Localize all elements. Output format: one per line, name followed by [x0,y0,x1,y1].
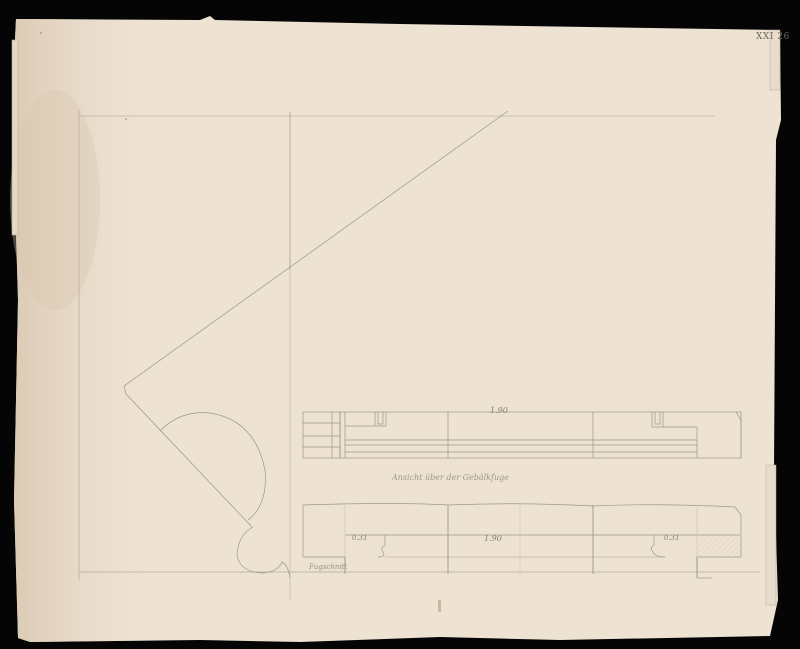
dimension-lower-center: 1.90 [484,535,502,543]
sheet-number: XXI 26 [756,33,790,42]
drawing-caption: Ansicht über der Gebälkfuge [392,474,509,482]
dimension-upper-center: 1.90 [490,407,508,415]
dimension-lower-right: 0.31 [664,535,680,542]
corner-note: Fugschnitt [309,564,347,571]
drawing-canvas [0,0,800,649]
scanned-drawing-sheet: XXI 26 1.90 Ansicht über der Gebälkfuge … [0,0,800,649]
dimension-lower-left: 0.31 [352,535,368,542]
